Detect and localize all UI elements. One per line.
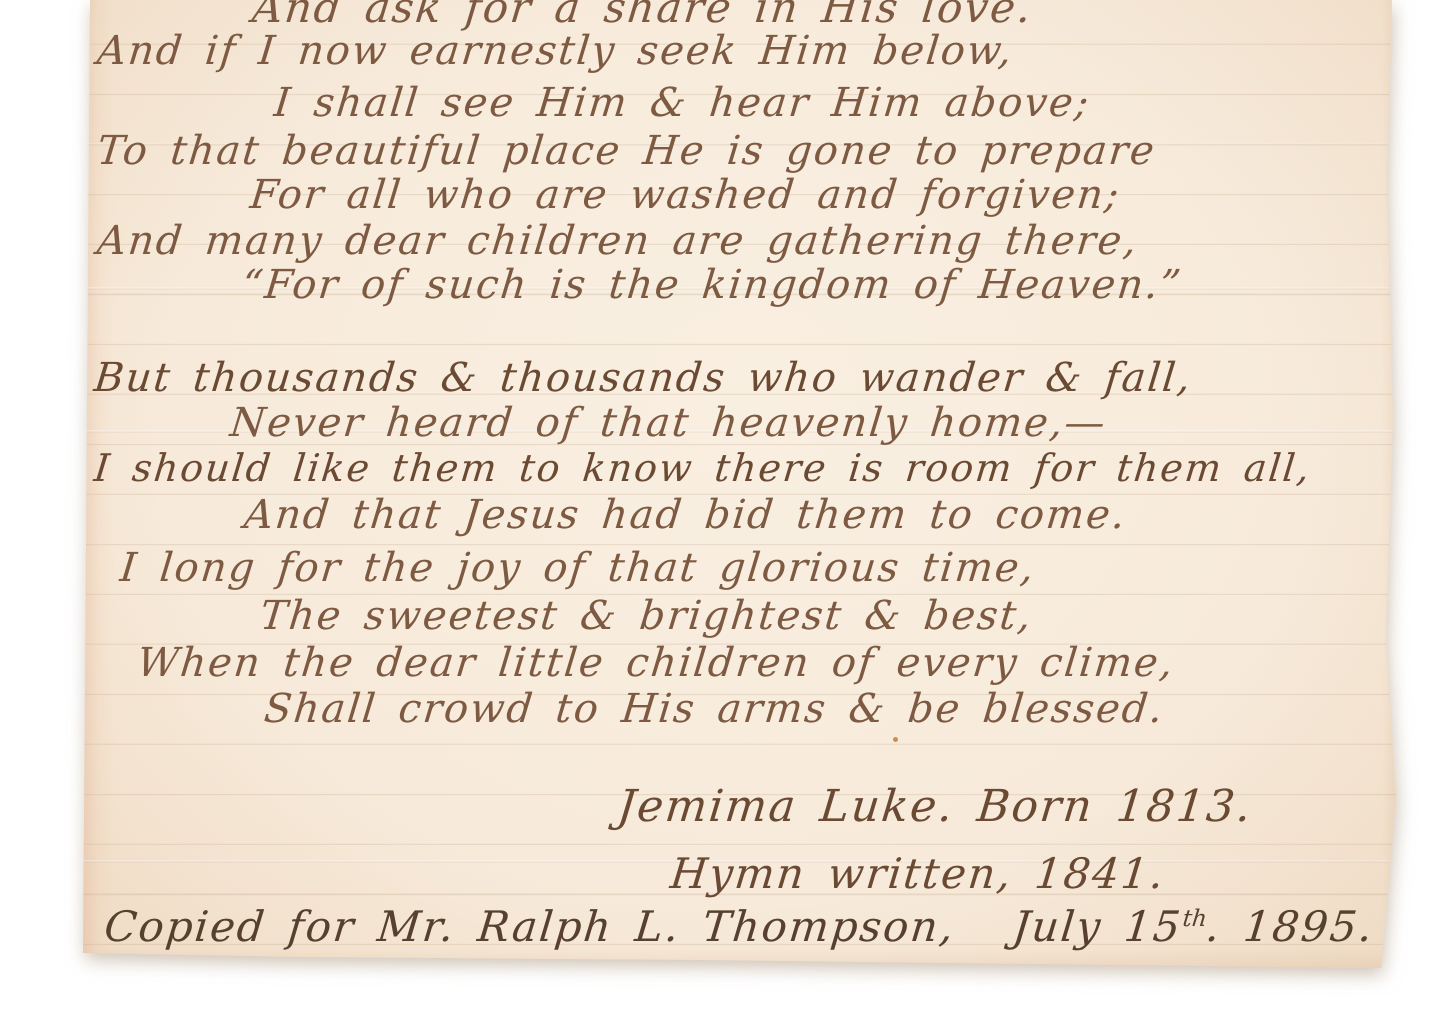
dedication-date: July 15th. 1895. (1011, 903, 1377, 951)
hymn-line-kingdom-of-heaven: “For of such is the kingdom of Heaven.” (240, 262, 1185, 308)
hymn-line-beautiful-place: To that beautiful place He is gone to pr… (95, 128, 1158, 174)
hymn-line-thousands-wander: But thousands & thousands who wander & f… (92, 355, 1194, 401)
dedication-line: Copied for Mr. Ralph L. Thompson, July 1… (102, 903, 1377, 951)
date-ordinal-suffix: th (1181, 906, 1208, 932)
hymn-line-washed-forgiven: For all who are washed and forgiven; (248, 172, 1123, 218)
hymn-line-earnestly-seek: And if I now earnestly seek Him below, (95, 28, 1016, 74)
author-attribution: Jemima Luke. Born 1813. (615, 782, 1255, 833)
hymn-line-long-for-joy: I long for the joy of that glorious time… (118, 545, 1038, 591)
hymn-line-children-gathering: And many dear children are gathering the… (95, 218, 1141, 264)
hymn-line-see-hear-above: I shall see Him & hear Him above; (272, 80, 1093, 126)
ink-fleck (893, 737, 898, 742)
hymn-line-jesus-bid-come: And that Jesus had bid them to come. (242, 492, 1129, 538)
hymn-line-crowd-to-arms: Shall crowd to His arms & be blessed. (262, 686, 1167, 732)
paper-shadow-wrap: And ask for a share in His love. And if … (0, 0, 1445, 1032)
scan-backdrop: And ask for a share in His love. And if … (0, 0, 1445, 1032)
manuscript-page: And ask for a share in His love. And if … (0, 0, 1445, 1032)
hymn-written-date: Hymn written, 1841. (668, 850, 1168, 898)
dedication-text: Copied for Mr. Ralph L. Thompson, (102, 903, 958, 951)
hymn-line-children-every-clime: When the dear little children of every c… (135, 640, 1177, 686)
hymn-line-never-heard: Never heard of that heavenly home,— (228, 400, 1109, 446)
hymn-line-room-for-all: I should like them to know there is room… (92, 447, 1313, 491)
hymn-line-sweetest-brightest: The sweetest & brightest & best, (258, 593, 1035, 639)
